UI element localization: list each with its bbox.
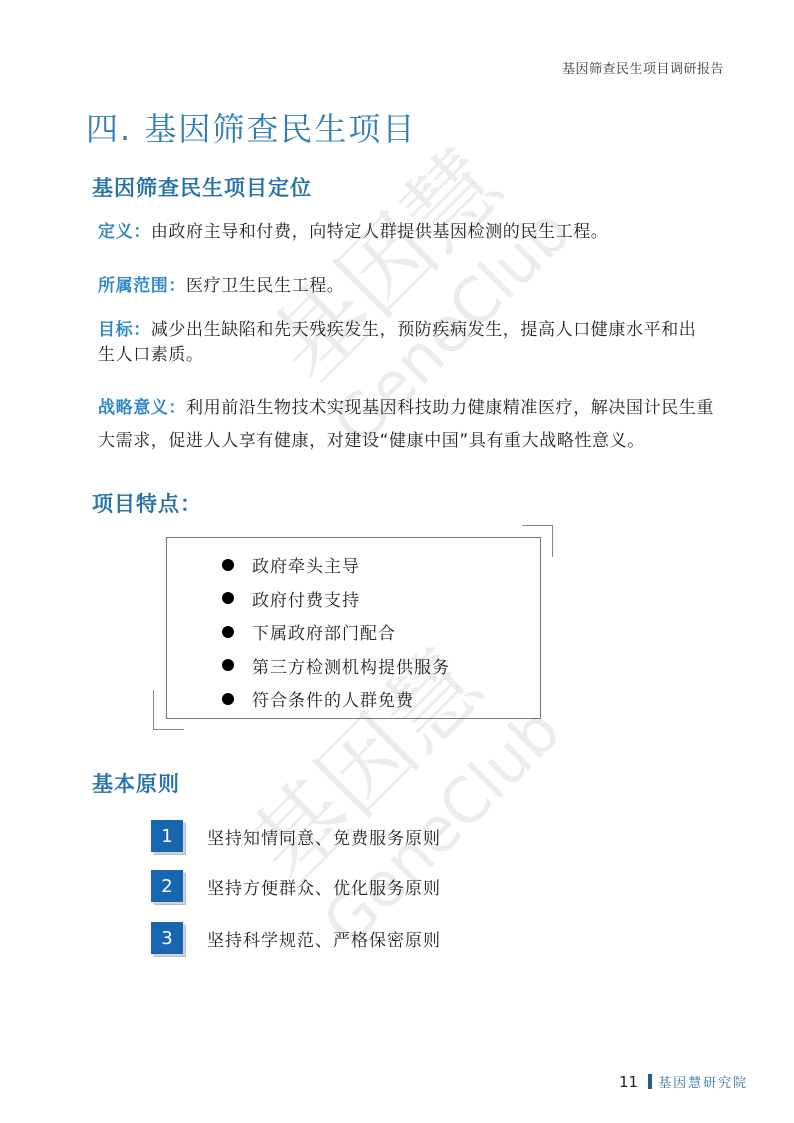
number-badge: 3	[151, 922, 183, 954]
bullet-icon	[222, 592, 234, 604]
strategy-text: 利用前沿生物技术实现基因科技助力健康精准医疗，解决国计民生重大需求，促进人人享有…	[98, 398, 714, 451]
page-number: 11	[619, 1073, 638, 1091]
footer-org-name: 基因慧研究院	[658, 1072, 748, 1091]
section-title-features: 项目特点：	[92, 488, 202, 518]
strategy-label: 战略意义：	[98, 398, 186, 418]
scope-paragraph: 所属范围：医疗卫生民生工程。	[98, 272, 728, 300]
feature-item: 下属政府部门配合	[220, 615, 450, 649]
features-list: 政府牵头主导 政府付费支持 下属政府部门配合 第三方检测机构提供服务 符合条件的…	[220, 548, 450, 716]
header-report-title: 基因筛查民生项目调研报告	[562, 58, 724, 77]
chapter-title: 四. 基因筛查民生项目	[86, 104, 416, 150]
page-footer: 11 基因慧研究院	[619, 1072, 748, 1091]
definition-paragraph: 定义：由政府主导和付费，向特定人群提供基因检测的民生工程。	[98, 218, 728, 246]
footer-bar-icon	[648, 1074, 652, 1089]
feature-item: 政府牵头主导	[220, 548, 450, 582]
definition-text: 由政府主导和付费，向特定人群提供基因检测的民生工程。	[151, 222, 609, 242]
goal-text: 减少出生缺陷和先天残疾发生，预防疾病发生，提高人口健康水平和出生人口素质。	[98, 320, 696, 365]
goal-paragraph: 目标：减少出生缺陷和先天残疾发生，预防疾病发生，提高人口健康水平和出生人口素质。	[98, 318, 708, 368]
bullet-icon	[222, 659, 234, 671]
principle-item-3: 3 坚持科学规范、严格保密原则	[151, 922, 441, 954]
bullet-icon	[222, 626, 234, 638]
scope-label: 所属范围：	[98, 276, 186, 296]
corner-bracket-bottom-left	[153, 690, 184, 730]
number-badge: 1	[151, 820, 183, 852]
scope-text: 医疗卫生民生工程。	[186, 276, 344, 296]
feature-item: 政府付费支持	[220, 582, 450, 616]
section-title-positioning: 基因筛查民生项目定位	[92, 172, 312, 202]
principle-text: 坚持科学规范、严格保密原则	[207, 926, 441, 951]
bullet-icon	[222, 693, 234, 705]
principle-item-1: 1 坚持知情同意、免费服务原则	[151, 820, 441, 852]
strategy-paragraph: 战略意义：利用前沿生物技术实现基因科技助力健康精准医疗，解决国计民生重大需求，促…	[98, 392, 726, 458]
feature-item: 符合条件的人群免费	[220, 682, 450, 716]
feature-item: 第三方检测机构提供服务	[220, 649, 450, 683]
principle-item-2: 2 坚持方便群众、优化服务原则	[151, 870, 441, 902]
number-badge: 2	[151, 870, 183, 902]
principle-text: 坚持知情同意、免费服务原则	[207, 824, 441, 849]
principle-text: 坚持方便群众、优化服务原则	[207, 874, 441, 899]
definition-label: 定义：	[98, 222, 151, 242]
goal-label: 目标：	[98, 320, 151, 340]
section-title-principles: 基本原则	[92, 768, 180, 798]
bullet-icon	[222, 559, 234, 571]
